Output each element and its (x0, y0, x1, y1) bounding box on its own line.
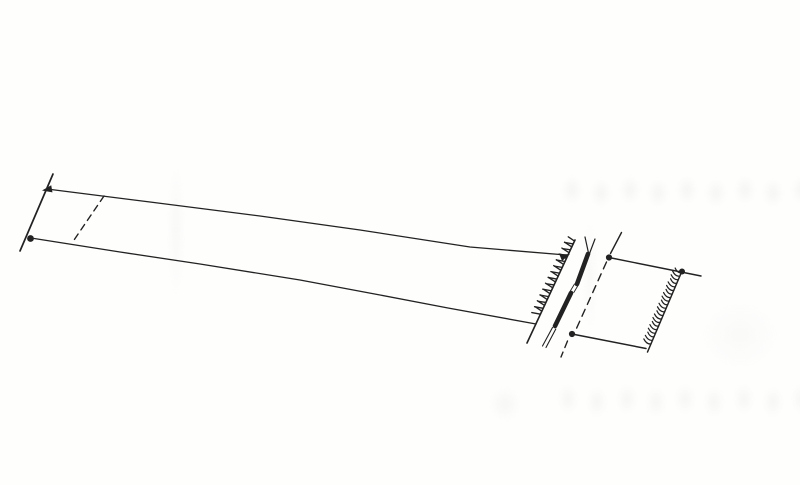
slit-gap-edge (574, 285, 579, 293)
beam-bottom-ray (31, 238, 536, 324)
slit-gap-edge (570, 284, 575, 292)
beam-top-ray (47, 189, 566, 255)
plate-bottom-edge (572, 334, 646, 349)
sketch-canvas (0, 0, 800, 485)
slit-lower-jaw (555, 293, 571, 326)
baseline-dashed-chord (72, 196, 104, 243)
axis-dashed-segment (561, 341, 568, 357)
left-baseline (20, 174, 104, 251)
slit-fork-left (585, 237, 589, 253)
screen-hatch-mark (532, 313, 541, 315)
slit-tail-line (546, 329, 556, 348)
axis-top-segment (611, 233, 622, 254)
scanned-sketch-page (0, 0, 800, 485)
slit-tail-line (543, 328, 553, 347)
slit-fork-right (590, 239, 596, 254)
screen-hatch-mark (568, 237, 574, 241)
hatched-plate (572, 258, 701, 353)
plate-corner-dot (679, 269, 685, 275)
plate-top-edge (609, 258, 701, 277)
beam-rays (31, 185, 570, 324)
slit-upper-jaw (577, 254, 588, 284)
baseline-end-dot (27, 235, 34, 242)
